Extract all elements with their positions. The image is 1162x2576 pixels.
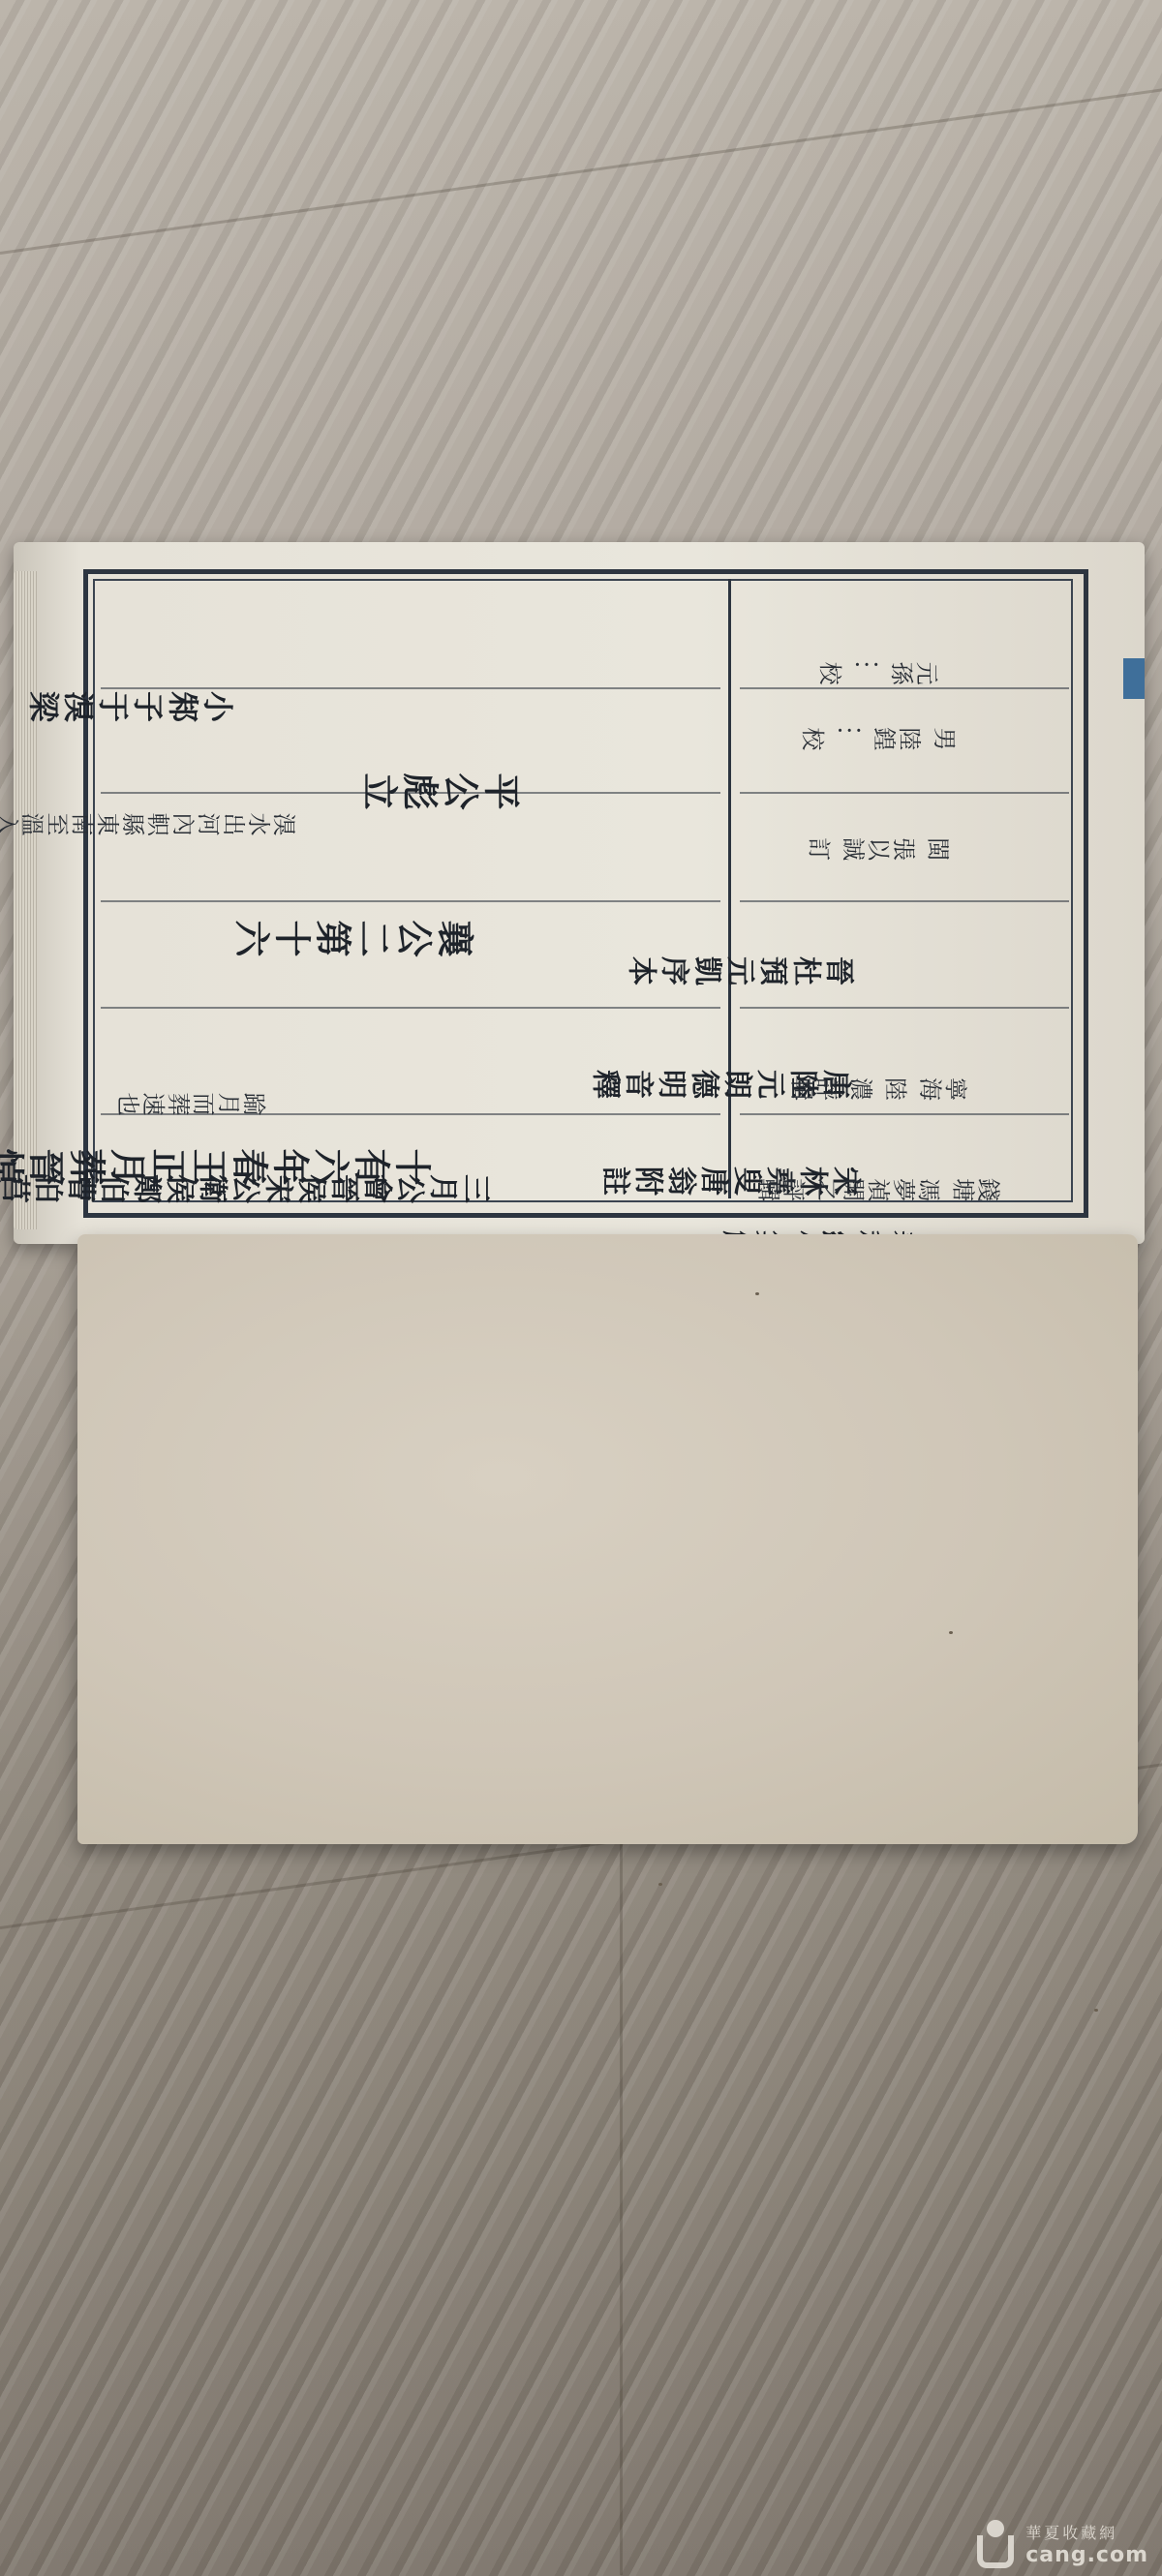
ruling-line (740, 900, 1069, 902)
cang-logo-icon (973, 2520, 1018, 2568)
book-cover (77, 1234, 1138, 1844)
panel-divider (728, 579, 731, 1198)
watermark: 華夏收藏網 cang.com (973, 2520, 1148, 2568)
ruling-line (740, 1113, 1069, 1115)
blue-page-edge (1123, 658, 1145, 699)
book-page: 襄公二第十六 十有六年春王正月葬晉悼公 平公彪立 三月公會晉侯宋公衛侯鄭伯曹伯莒… (14, 542, 1145, 1244)
text-column: 三月公會晉侯宋公衛侯鄭伯曹伯莒子邾子薛伯杞伯 (0, 1166, 492, 1204)
annotation-column: 湨水出河內軹縣東南至溫入河 (0, 809, 296, 834)
editor-column: 寧海 陸 濃 評輯 (789, 1074, 968, 1099)
paper-speck (658, 1883, 662, 1886)
editor-column: 閩 張以誠 訂 (806, 834, 950, 860)
annotation-column: 踰月而葬速也 (115, 1089, 266, 1114)
ruling-line (101, 1007, 720, 1009)
editor-column: 男 陸鍠 ... 校 (800, 724, 957, 749)
editor-column: 元孫 ... 校 (817, 658, 939, 683)
paper-speck (1094, 2009, 1098, 2012)
paper-speck (949, 1631, 953, 1634)
page-edges (14, 571, 37, 1229)
text-column: 襄公二第十六 (230, 916, 474, 955)
editor-column: 錢塘 馮夢禎開之 評輯 (755, 1175, 1000, 1200)
floor-seam (0, 63, 1162, 255)
watermark-latin: cang.com (1025, 2543, 1148, 2567)
ruling-line (740, 687, 1069, 689)
watermark-chinese: 華夏收藏網 (1025, 2521, 1148, 2543)
ruling-line (101, 900, 720, 902)
floor-seam (620, 1839, 623, 2575)
text-column: 晉杜預元凱序本 (625, 948, 855, 986)
ruling-line (740, 792, 1069, 794)
text-column: 平公彪立 (358, 769, 521, 807)
text-column: 小邾子于湨梁 (25, 685, 234, 724)
paper-speck (755, 1292, 759, 1295)
ruling-line (740, 1007, 1069, 1009)
